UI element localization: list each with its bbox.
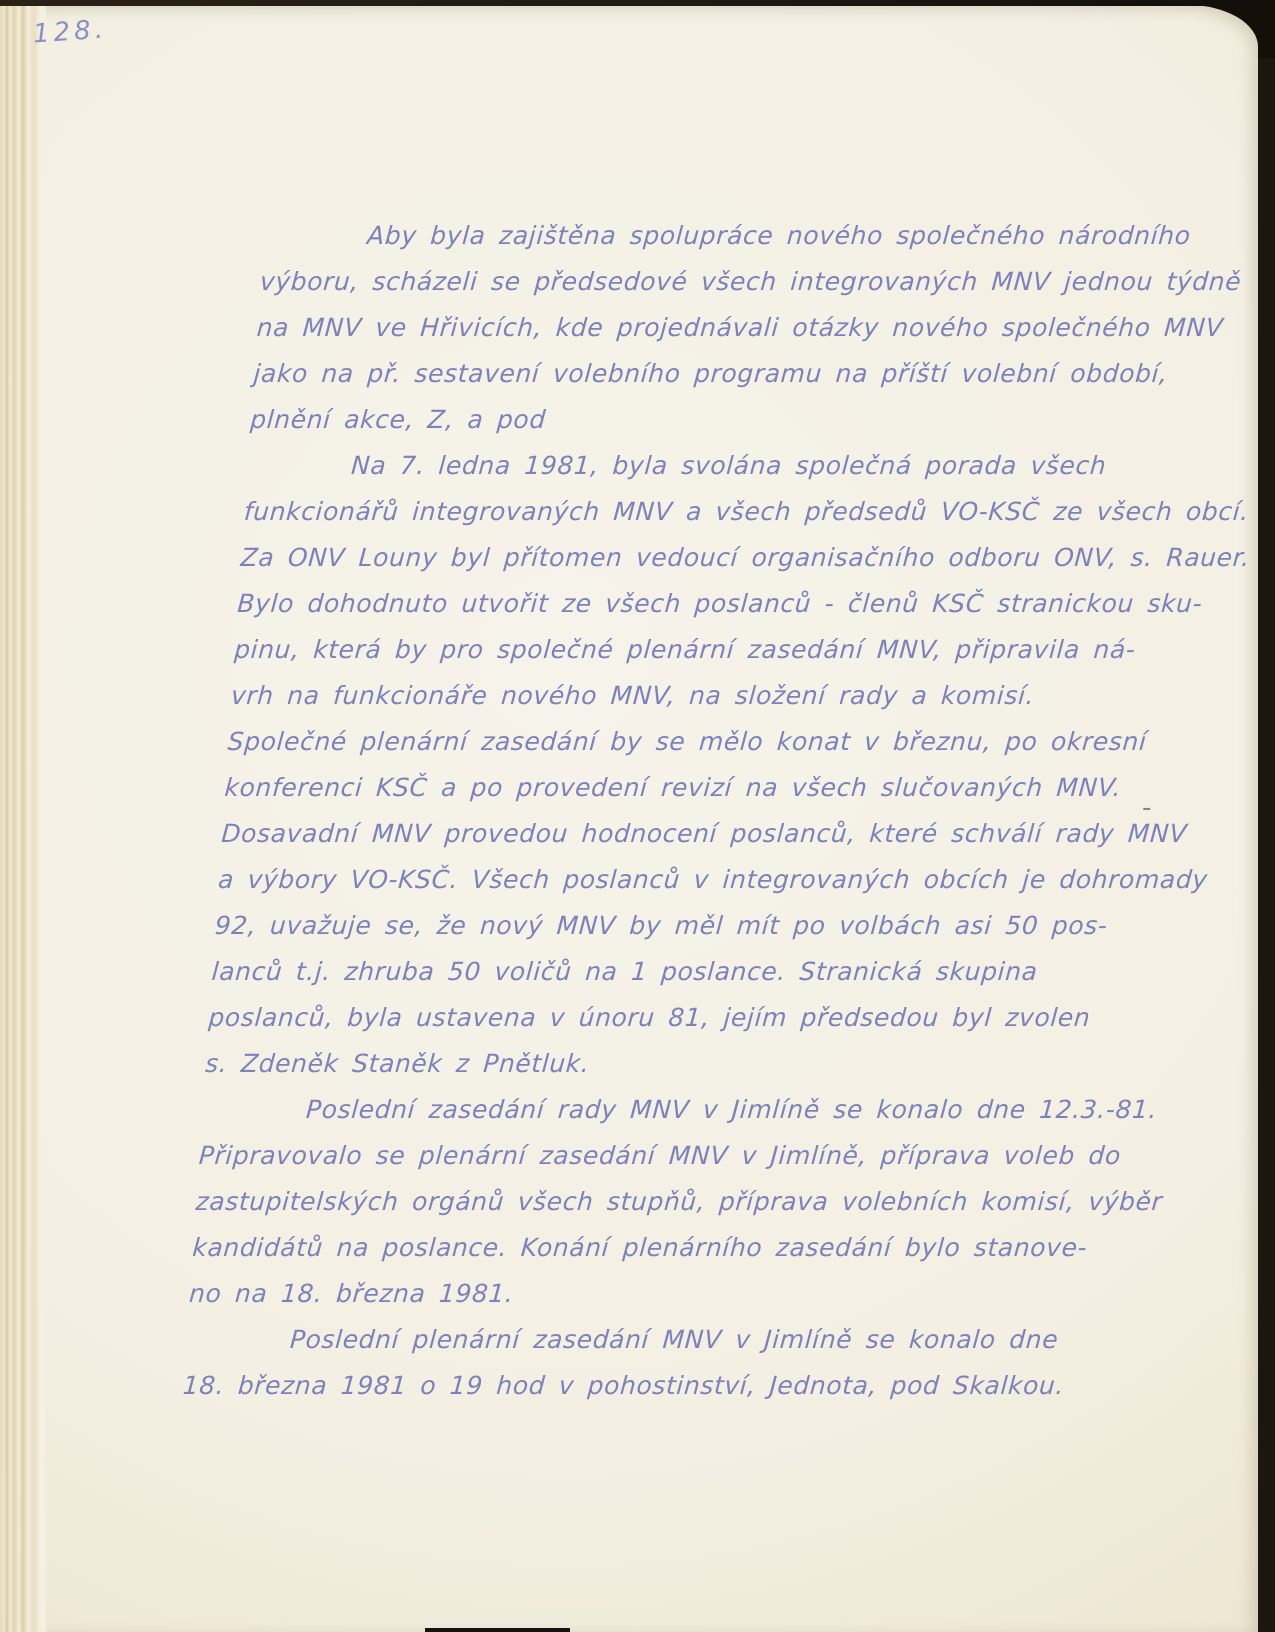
manuscript-line: poslanců, byla ustavena v únoru 81, její… bbox=[207, 995, 1145, 1041]
scanned-chronicle-page: 128. Aby byla zajištěna spolupráce novéh… bbox=[0, 0, 1275, 1632]
manuscript-line: vrh na funkcionáře nového MNV, na složen… bbox=[229, 673, 1167, 719]
manuscript-line: Poslední plenární zasedání MNV v Jimlíně… bbox=[184, 1317, 1122, 1363]
manuscript-line: s. Zdeněk Staněk z Pnětluk. bbox=[204, 1041, 1142, 1087]
page-edge-stack bbox=[0, 5, 46, 1632]
handwritten-text-block: Aby byla zajištěna spolupráce nového spo… bbox=[181, 213, 1200, 1409]
paper-sheet: 128. Aby byla zajištěna spolupráce novéh… bbox=[0, 5, 1258, 1632]
manuscript-line: Aby byla zajištěna spolupráce nového spo… bbox=[262, 213, 1200, 259]
manuscript-line: Připravovalo se plenární zasedání MNV v … bbox=[197, 1133, 1135, 1179]
manuscript-line: plnění akce, Z, a pod bbox=[249, 397, 1187, 443]
manuscript-line: pinu, která by pro společné plenární zas… bbox=[233, 627, 1171, 673]
manuscript-line: funkcionářů integrovaných MNV a všech př… bbox=[242, 489, 1180, 535]
manuscript-line: Za ONV Louny byl přítomen vedoucí organi… bbox=[239, 535, 1177, 581]
manuscript-line: zastupitelských orgánů všech stupňů, pří… bbox=[194, 1179, 1132, 1225]
manuscript-line: kandidátů na poslance. Konání plenárního… bbox=[191, 1225, 1129, 1271]
manuscript-line: Bylo dohodnuto utvořit ze všech poslanců… bbox=[236, 581, 1174, 627]
scan-bottom-edge bbox=[425, 1628, 570, 1632]
manuscript-line: jako na př. sestavení volebního programu… bbox=[252, 351, 1190, 397]
manuscript-line: výboru, scházeli se předsedové všech int… bbox=[258, 259, 1196, 305]
manuscript-line: Dosavadní MNV provedou hodnocení poslanc… bbox=[220, 811, 1158, 857]
scan-top-edge bbox=[0, 0, 1275, 6]
margin-pencil-dash: - bbox=[1142, 793, 1151, 823]
manuscript-line: na MNV ve Hřivicích, kde projednávali ot… bbox=[255, 305, 1193, 351]
manuscript-line: Poslední zasedání rady MNV v Jimlíně se … bbox=[200, 1087, 1138, 1133]
manuscript-line: lanců t.j. zhruba 50 voličů na 1 poslanc… bbox=[210, 949, 1148, 995]
manuscript-line: konferenci KSČ a po provedení revizí na … bbox=[223, 765, 1161, 811]
manuscript-line: no na 18. března 1981. bbox=[188, 1271, 1126, 1317]
manuscript-line: Společné plenární zasedání by se mělo ko… bbox=[226, 719, 1164, 765]
manuscript-line: 92, uvažuje se, že nový MNV by měl mít p… bbox=[213, 903, 1151, 949]
manuscript-line: 18. března 1981 o 19 hod v pohostinství,… bbox=[181, 1363, 1119, 1409]
page-number: 128. bbox=[32, 14, 108, 49]
manuscript-line: a výbory VO-KSČ. Všech poslanců v integr… bbox=[217, 857, 1155, 903]
manuscript-line: Na 7. ledna 1981, byla svolána společná … bbox=[246, 443, 1184, 489]
